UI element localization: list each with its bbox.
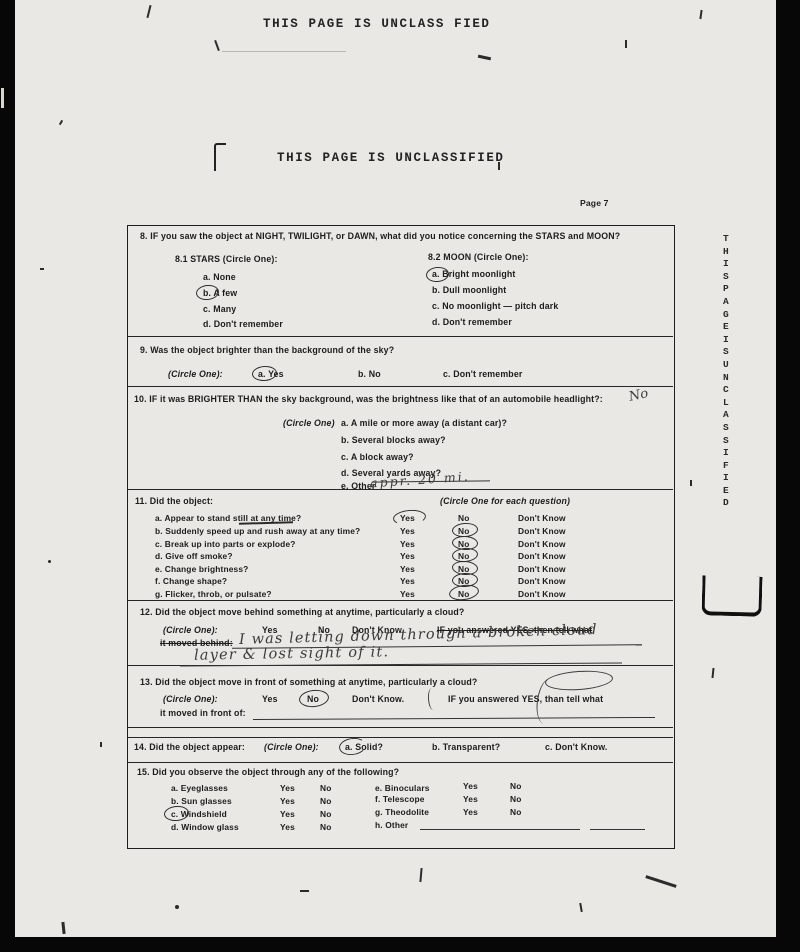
q8-stars-label: 8.1 STARS (Circle One): xyxy=(175,254,278,264)
q9-option-no: b. No xyxy=(358,369,381,379)
stamp-bracket-mark xyxy=(701,575,762,617)
speck xyxy=(625,40,627,48)
divider xyxy=(128,386,673,387)
q15-no: No xyxy=(320,822,331,832)
q15-row-label: e. Binoculars xyxy=(375,783,430,793)
q11-dk: Don't Know xyxy=(518,576,566,586)
divider xyxy=(128,737,673,738)
q15-title: 15. Did you observe the object through a… xyxy=(137,767,399,777)
speck xyxy=(214,40,220,51)
q15-no: No xyxy=(510,781,521,791)
page-number: Page 7 xyxy=(580,198,609,208)
q11-dk: Don't Know xyxy=(518,513,566,523)
q11-row-label: e. Change brightness? xyxy=(155,564,248,574)
speck xyxy=(498,162,500,170)
divider xyxy=(128,600,673,601)
scan-edge-left xyxy=(0,0,15,952)
q15-row-label: d. Window glass xyxy=(171,822,239,832)
q15-yes: Yes xyxy=(280,822,295,832)
q14-option-transparent: b. Transparent? xyxy=(432,742,500,752)
speck xyxy=(579,903,583,912)
unclassified-stamp-side: THIS PAGE IS UNCLASSIFIED xyxy=(723,233,734,510)
q15-no: No xyxy=(510,794,521,804)
speck xyxy=(146,5,151,18)
q13-note: IF you answered YES, than tell what xyxy=(448,694,603,704)
q11-yes: Yes xyxy=(400,551,415,561)
q8-moon-option: b. Dull moonlight xyxy=(432,285,506,295)
speck xyxy=(175,905,179,909)
q11-yes: Yes xyxy=(400,539,415,549)
q10-option: c. A block away? xyxy=(341,452,414,462)
speck xyxy=(478,55,491,60)
q13-title: 13. Did the object move in front of some… xyxy=(140,677,477,687)
q15-row-label: a. Eyeglasses xyxy=(171,783,228,793)
q13-circle-one-label: (Circle One): xyxy=(163,694,218,704)
faint-rule xyxy=(222,51,346,52)
q12-circle-one-label: (Circle One): xyxy=(163,625,218,635)
speck xyxy=(699,10,702,19)
q11-yes: Yes xyxy=(400,576,415,586)
q15-no: No xyxy=(320,809,331,819)
q11-dk: Don't Know xyxy=(518,526,566,536)
speck xyxy=(690,480,692,486)
q11-circle-one-label: (Circle One for each question) xyxy=(440,496,570,506)
q13-yes: Yes xyxy=(262,694,278,704)
q11-dk: Don't Know xyxy=(518,589,566,599)
q12-title: 12. Did the object move behind something… xyxy=(140,607,464,617)
q15-row-label: h. Other xyxy=(375,820,408,830)
q15-row-label: f. Telescope xyxy=(375,794,425,804)
q10-circle-one-label: (Circle One) xyxy=(283,418,335,428)
scan-edge-right xyxy=(776,0,800,952)
speck xyxy=(711,668,714,678)
q11-title: 11. Did the object: xyxy=(135,496,213,506)
q14-option-dk: c. Don't Know. xyxy=(545,742,608,752)
speck xyxy=(61,922,65,934)
q12-handwriting-line2: layer & lost sight of it. xyxy=(194,644,390,663)
q15-row-label: b. Sun glasses xyxy=(171,796,232,806)
q8-stars-option: c. Many xyxy=(203,304,236,314)
scan-edge-notch xyxy=(1,88,4,108)
divider xyxy=(128,336,673,337)
q15-yes: Yes xyxy=(463,807,478,817)
q13-note2: it moved in front of: xyxy=(160,708,246,718)
speck xyxy=(419,868,422,882)
q8-stars-option: d. Don't remember xyxy=(203,319,283,329)
divider xyxy=(128,727,673,728)
divider xyxy=(128,762,673,763)
speck xyxy=(300,890,309,892)
q15-other-writing-line2 xyxy=(590,829,645,830)
q11-yes: Yes xyxy=(400,564,415,574)
speck xyxy=(40,268,44,270)
q11-row-label: b. Suddenly speed up and rush away at an… xyxy=(155,526,360,536)
q10-option: b. Several blocks away? xyxy=(341,435,446,445)
q11-dk: Don't Know xyxy=(518,551,566,561)
q8-moon-label: 8.2 MOON (Circle One): xyxy=(428,252,529,262)
q15-no: No xyxy=(320,796,331,806)
unclassified-stamp-mid: THIS PAGE IS UNCLASSIFIED xyxy=(277,151,505,165)
q11-row-label: g. Flicker, throb, or pulsate? xyxy=(155,589,272,599)
q14-circle-one-label: (Circle One): xyxy=(264,742,319,752)
speck xyxy=(645,875,676,888)
speck xyxy=(48,560,51,563)
q15-yes: Yes xyxy=(463,781,478,791)
q11-dk: Don't Know xyxy=(518,539,566,549)
q11-yes: Yes xyxy=(400,526,415,536)
q15-yes: Yes xyxy=(463,794,478,804)
q15-no: No xyxy=(320,783,331,793)
scan-edge-bottom xyxy=(0,937,800,952)
q11-row-label: c. Break up into parts or explode? xyxy=(155,539,296,549)
q13-dk: Don't Know. xyxy=(352,694,404,704)
q9-option-dk: c. Don't remember xyxy=(443,369,522,379)
corner-mark xyxy=(214,143,226,171)
q15-other-writing-line xyxy=(420,829,580,830)
unclassified-stamp-top: THIS PAGE IS UNCLASS FIED xyxy=(263,17,491,31)
q11-no: No xyxy=(458,513,469,523)
q15-yes: Yes xyxy=(280,809,295,819)
q15-yes: Yes xyxy=(280,796,295,806)
q11-row-label: f. Change shape? xyxy=(155,576,227,586)
q10-title: 10. IF it was BRIGHTER THAN the sky back… xyxy=(134,394,603,404)
q10-option: a. A mile or more away (a distant car)? xyxy=(341,418,507,428)
q15-row-label: g. Theodolite xyxy=(375,807,429,817)
speck xyxy=(100,742,102,747)
q9-circle-one-label: (Circle One): xyxy=(168,369,223,379)
scanned-questionnaire-page: { "page": { "stamp_top": "THIS PAGE IS U… xyxy=(0,0,800,952)
q14-title: 14. Did the object appear: xyxy=(134,742,245,752)
q8-moon-option: d. Don't remember xyxy=(432,317,512,327)
q11-dk: Don't Know xyxy=(518,564,566,574)
q9-title: 9. Was the object brighter than the back… xyxy=(140,345,394,355)
q15-yes: Yes xyxy=(280,783,295,793)
q8-title: 8. IF you saw the object at NIGHT, TWILI… xyxy=(140,231,620,241)
q8-stars-option: a. None xyxy=(203,272,236,282)
q8-moon-option: c. No moonlight — pitch dark xyxy=(432,301,558,311)
divider xyxy=(128,489,673,490)
q11-yes: Yes xyxy=(400,589,415,599)
q15-no: No xyxy=(510,807,521,817)
q11-row-label: d. Give off smoke? xyxy=(155,551,233,561)
speck xyxy=(59,120,63,125)
